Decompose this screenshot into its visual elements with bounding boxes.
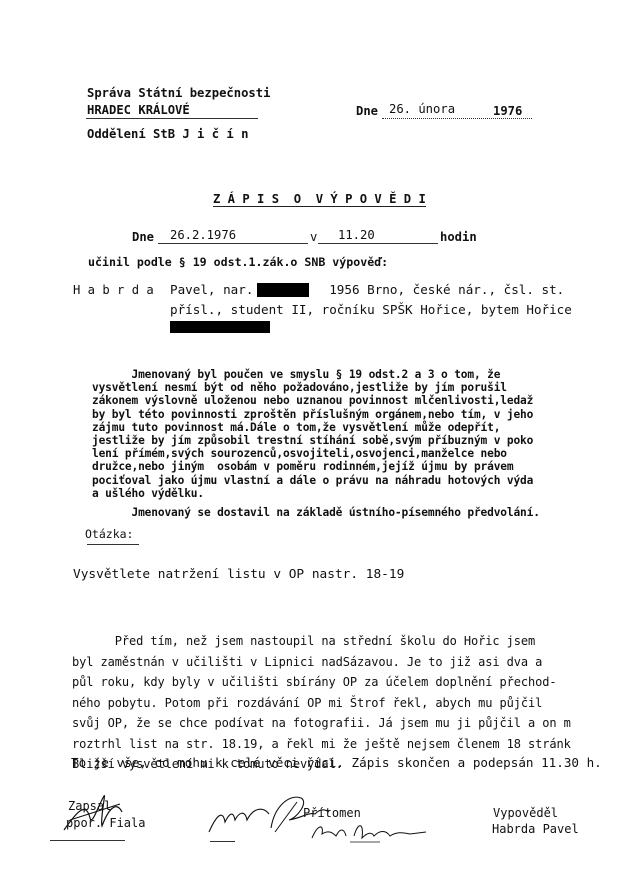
instr-line: Jmenovaný byl poučen ve smyslu § 19 odst…	[92, 368, 500, 381]
answer-line: půl roku, kdy byly v učilišti sbírány OP…	[72, 672, 556, 693]
answer-line: svůj OP, že se chce podívat na fotografi…	[72, 713, 571, 734]
question-text: Vysvětlete natržení listu v OP nastr. 18…	[73, 568, 404, 582]
person-surname: H a b r d a	[73, 283, 154, 297]
header-date-year: 1976	[493, 104, 522, 118]
instr-line: vysvětlení nesmí být od něho požadováno,…	[92, 381, 507, 394]
department: Oddělení StB J i č í n	[87, 127, 248, 141]
intro-line: učinil podle § 19 odst.1.zák.o SNB výpov…	[88, 255, 388, 269]
person-line1: Pavel, nar. 1956 Brno, české nár., čsl. …	[170, 283, 564, 297]
answer-line: ného pobytu. Potom při rozdávání OP mi Š…	[72, 693, 542, 714]
org-name-line1: Správa Státní bezpečnosti	[87, 86, 270, 100]
session-time-rule	[318, 243, 438, 244]
question-label: Otázka:	[85, 527, 133, 541]
instr-line: družce,nebo jiným osobám v poměru rodinn…	[92, 460, 513, 473]
session-hours-label: hodin	[440, 230, 477, 244]
session-time: 11.20	[338, 228, 375, 242]
person-line2: přísl., student II, ročníku SPŠK Hořice,…	[170, 303, 572, 317]
session-time-label: v	[310, 230, 317, 244]
session-date-label: Dne	[132, 230, 154, 244]
instr-line: zákonem výslovně uloženou nebo uznanou p…	[92, 394, 533, 407]
answer-line: byl zaměstnán v učilišti v Lipnici nadSá…	[72, 652, 542, 673]
summons-line: Jmenovaný se dostavil na základě ústního…	[92, 506, 540, 519]
instr-line: by byl této povinnosti zproštěn příslušn…	[92, 408, 533, 421]
header-date-day: 26. února	[389, 102, 455, 116]
org-name-line2: HRADEC KRÁLOVÉ	[87, 103, 190, 117]
header-date-rule	[382, 118, 532, 119]
instr-line: zájmu tuto povinnost má.Dále o tom,že vy…	[92, 421, 500, 434]
recorder-signature-icon	[60, 790, 140, 838]
instr-line: pociťoval jako újmu vlastní a dále o prá…	[92, 474, 533, 487]
instr-line: a ušlého výdělku.	[92, 487, 204, 500]
witness-signature-icon	[310, 818, 440, 848]
answer-line: Před tím, než jsem nastoupil na střední …	[72, 631, 535, 652]
session-date-rule	[158, 243, 308, 244]
witness-name: Habrda Pavel	[492, 822, 579, 836]
present-rule	[210, 841, 235, 842]
recorder-rule	[50, 840, 125, 841]
session-date: 26.2.1976	[170, 228, 236, 242]
document-title: Z Á P I S O V Ý P O V Ě D I	[213, 192, 426, 207]
header-rule	[86, 118, 258, 119]
redacted-birthdate	[257, 283, 309, 297]
answer-line: roztrhl list na str. 18.19, a řekl mi že…	[72, 734, 571, 755]
instr-line: jestliže by jím způsobil trestní stíhání…	[92, 434, 533, 447]
question-label-rule	[87, 544, 139, 545]
instr-line: lení přímém,svých sourozenců,osvojiteli,…	[92, 447, 507, 460]
header-date-label: Dne	[356, 104, 378, 118]
redacted-address	[170, 321, 270, 333]
closing-line: To je vše, co mohu k celé věci říci. Záp…	[71, 756, 602, 770]
witness-label: Vypověděl	[493, 806, 558, 820]
